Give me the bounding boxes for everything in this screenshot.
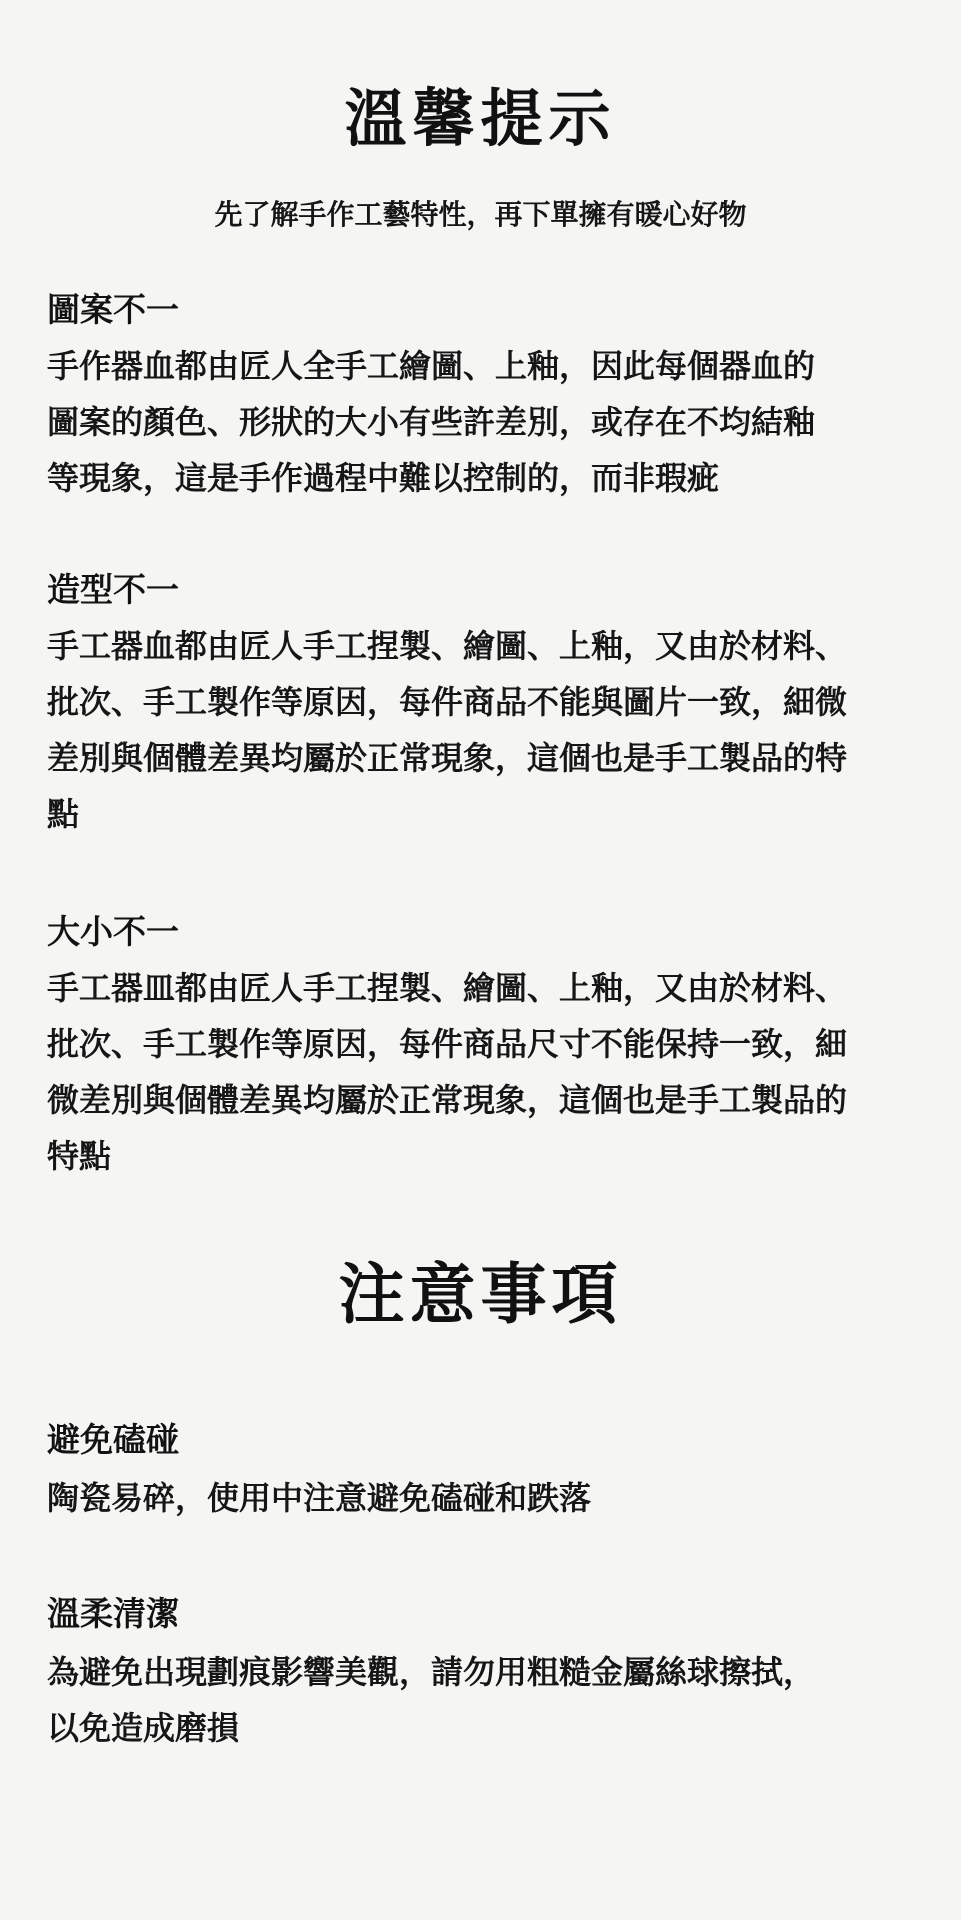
notices-content: 避免磕碰 陶瓷易碎，使用中注意避免磕碰和跌落 溫柔清潔 為避免出現劃痕影響美觀，… <box>0 1420 961 1756</box>
notices-title: 注意事項 <box>0 1256 961 1332</box>
body-line: 批次、手工製作等原因，每件商品尺寸不能保持一致，細 <box>47 1016 901 1072</box>
section-heading-gentle-cleaning: 溫柔清潔 <box>47 1594 901 1634</box>
body-line: 手工器血都由匠人手工捏製、繪圖、上釉，又由於材料、 <box>47 618 901 674</box>
body-line: 手工器皿都由匠人手工捏製、繪圖、上釉，又由於材料、 <box>47 960 901 1016</box>
body-line: 差別與個體差異均屬於正常現象，這個也是手工製品的特 <box>47 730 901 786</box>
section-heading-shape-variation: 造型不一 <box>47 570 901 610</box>
body-line: 微差別與個體差異均屬於正常現象，這個也是手工製品的 <box>47 1072 901 1128</box>
warm-tips-subtitle: 先了解手作工藝特性，再下單擁有暖心好物 <box>0 198 961 232</box>
body-line: 陶瓷易碎，使用中注意避免磕碰和跌落 <box>47 1470 901 1526</box>
section-heading-size-variation: 大小不一 <box>47 912 901 952</box>
section-body-pattern-variation: 手作器血都由匠人全手工繪圖、上釉，因此每個器血的 圖案的顏色、形狀的大小有些許差… <box>47 338 901 506</box>
body-line: 圖案的顏色、形狀的大小有些許差別，或存在不均結釉 <box>47 394 901 450</box>
body-line: 特點 <box>47 1128 901 1184</box>
section-body-size-variation: 手工器皿都由匠人手工捏製、繪圖、上釉，又由於材料、 批次、手工製作等原因，每件商… <box>47 960 901 1184</box>
body-line: 為避免出現劃痕影響美觀，請勿用粗糙金屬絲球擦拭， <box>47 1644 901 1700</box>
warm-tips-title: 溫馨提示 <box>0 0 961 156</box>
body-line: 點 <box>47 786 901 842</box>
section-body-shape-variation: 手工器血都由匠人手工捏製、繪圖、上釉，又由於材料、 批次、手工製作等原因，每件商… <box>47 618 901 842</box>
product-notice-page: 溫馨提示 先了解手作工藝特性，再下單擁有暖心好物 圖案不一 手作器血都由匠人全手… <box>0 0 961 1920</box>
body-line: 批次、手工製作等原因，每件商品不能與圖片一致，細微 <box>47 674 901 730</box>
body-line: 以免造成磨損 <box>47 1700 901 1756</box>
section-heading-avoid-knocks: 避免磕碰 <box>47 1420 901 1460</box>
section-body-avoid-knocks: 陶瓷易碎，使用中注意避免磕碰和跌落 <box>47 1470 901 1526</box>
body-line: 手作器血都由匠人全手工繪圖、上釉，因此每個器血的 <box>47 338 901 394</box>
body-line: 等現象，這是手作過程中難以控制的，而非瑕疵 <box>47 450 901 506</box>
warm-tips-content: 圖案不一 手作器血都由匠人全手工繪圖、上釉，因此每個器血的 圖案的顏色、形狀的大… <box>0 290 961 1184</box>
section-body-gentle-cleaning: 為避免出現劃痕影響美觀，請勿用粗糙金屬絲球擦拭， 以免造成磨損 <box>47 1644 901 1756</box>
section-heading-pattern-variation: 圖案不一 <box>47 290 901 330</box>
